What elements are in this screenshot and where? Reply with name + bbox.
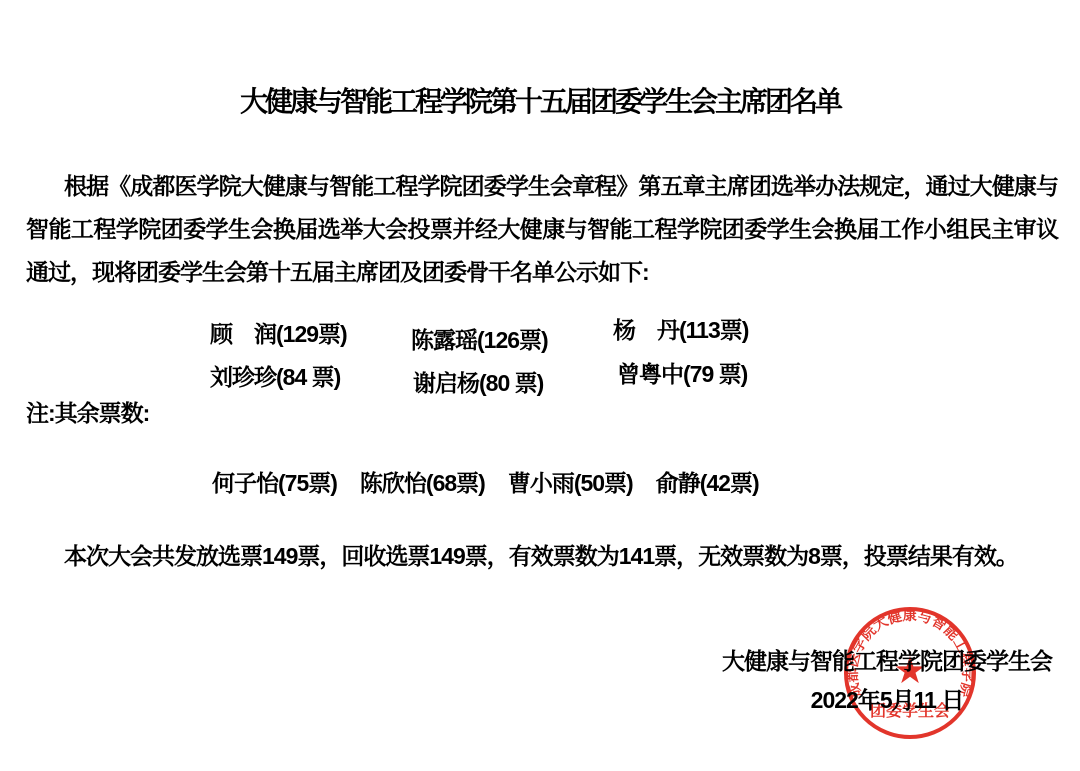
presidium-name-vote: 陈露瑶(126票) — [411, 322, 548, 355]
presidium-name-vote: 刘珍珍(84 票) — [210, 359, 340, 392]
other-vote-item: 陈欣怡(68票) — [360, 465, 485, 498]
other-vote-item: 俞静(42票) — [656, 465, 759, 498]
other-votes-list: 何子怡(75票) 陈欣怡(68票) 曹小雨(50票) 俞静(42票) — [212, 465, 759, 498]
other-vote-item: 何子怡(75票) — [212, 465, 337, 498]
signature-date: 2022年5月11 日 — [722, 682, 1052, 715]
body-paragraph: 根据《成都医学院大健康与智能工程学院团委学生会章程》第五章主席团选举办法规定，通… — [26, 165, 1058, 294]
presidium-name-vote: 顾 润(129票) — [210, 316, 347, 349]
presidium-name-vote: 谢启杨(80 票) — [413, 365, 543, 398]
presidium-name-vote: 曾粤中(79 票) — [617, 356, 747, 389]
page-title: 大健康与智能工程学院第十五届团委学生会主席团名单 — [0, 80, 1080, 120]
note-label: 注:其余票数: — [26, 395, 149, 428]
presidium-name-vote: 杨 丹(113票) — [613, 312, 748, 345]
document-page: 大健康与智能工程学院第十五届团委学生会主席团名单 根据《成都医学院大健康与智能工… — [0, 0, 1080, 771]
signature-org: 大健康与智能工程学院团委学生会 — [632, 643, 1052, 676]
other-vote-item: 曹小雨(50票) — [508, 465, 633, 498]
summary-line: 本次大会共发放选票149票，回收选票149票，有效票数为141票，无效票数为8票… — [26, 538, 1058, 571]
